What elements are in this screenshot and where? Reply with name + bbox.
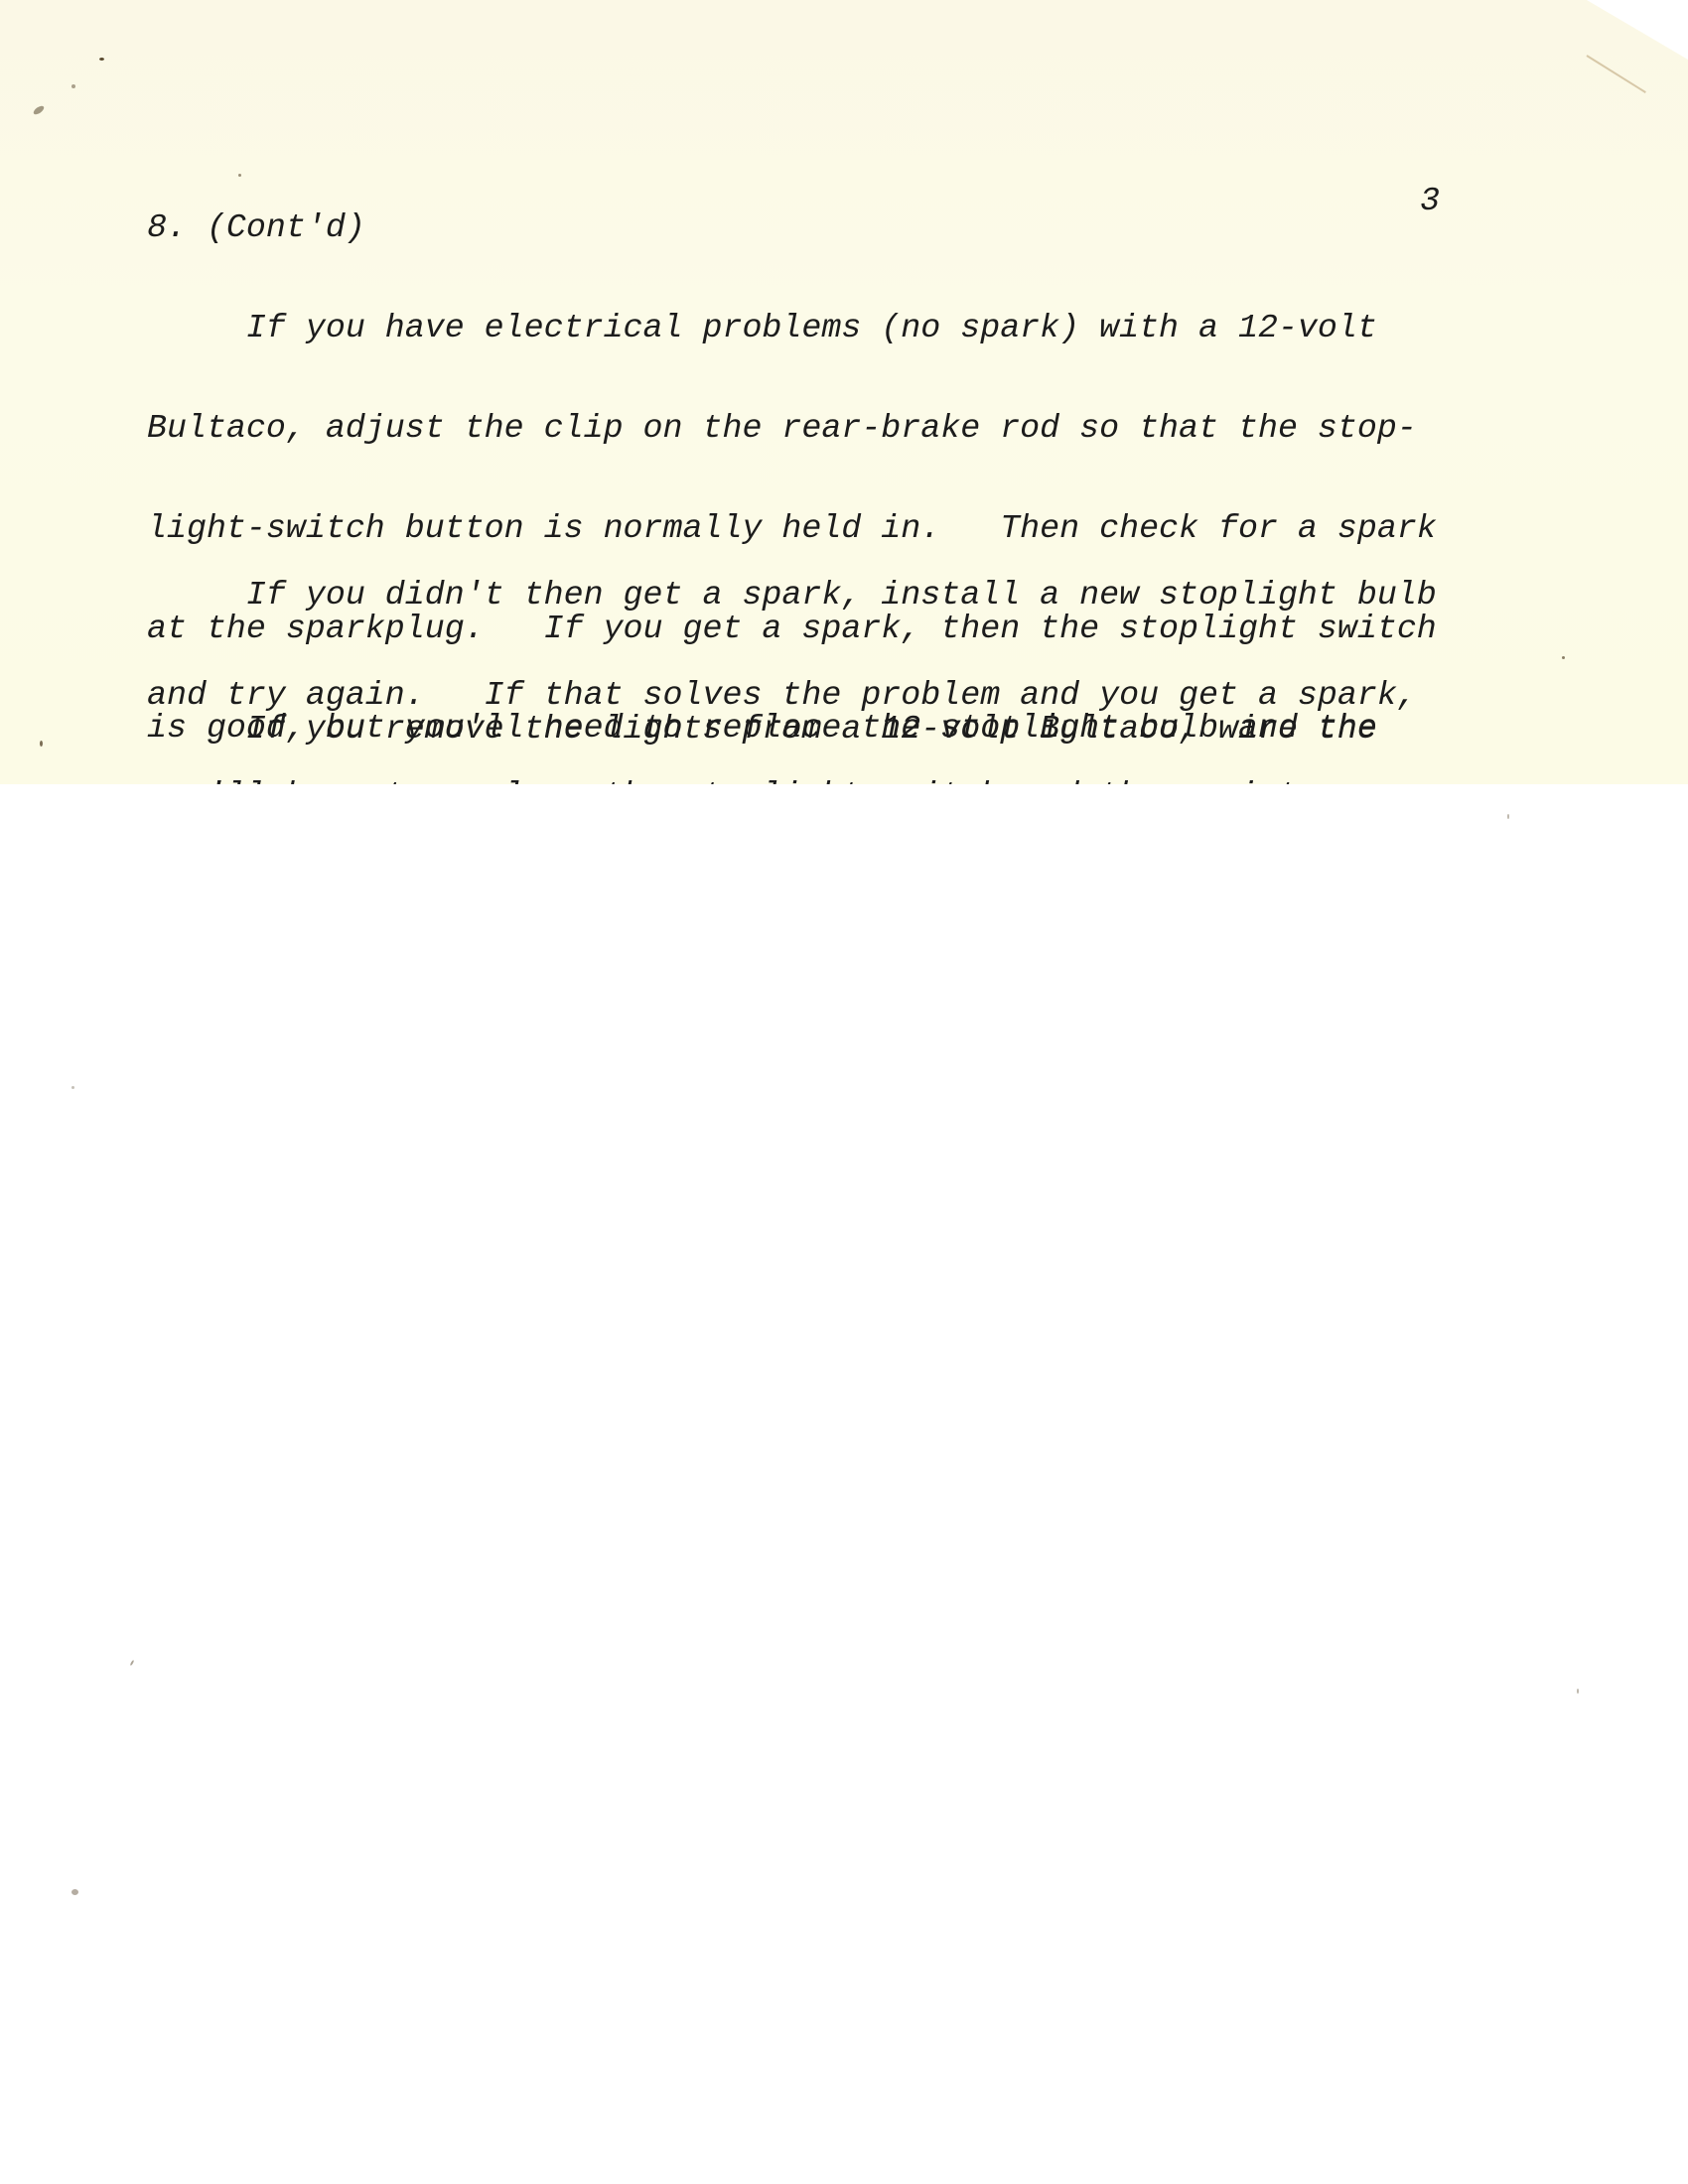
page-number: 3 <box>1420 185 1440 218</box>
text-line: it, whether or not you depress the brake… <box>147 913 1477 947</box>
scan-speck <box>40 741 43 747</box>
scan-speck <box>71 1889 78 1895</box>
scan-speck <box>1577 1689 1579 1694</box>
text-line: If you didn't then get a spark, install … <box>147 579 1437 613</box>
paper-sheet: 3 8. (Cont'd) If you have electrical pro… <box>0 0 1688 784</box>
scan-speck <box>1507 814 1509 819</box>
paragraph-3: If you remove the lights from a 12-volt … <box>147 646 1477 1014</box>
text-line: resistor (otherwise, the engine will sto… <box>147 812 1437 846</box>
text-line: stoplight switch so that the ignition cu… <box>147 813 1477 847</box>
scan-speck <box>238 174 241 177</box>
text-line: If you remove the lights from a 12-volt … <box>147 713 1477 747</box>
text-line: If you have electrical problems (no spar… <box>147 312 1437 345</box>
scan-speck <box>71 84 75 88</box>
scanned-page: 3 8. (Cont'd) If you have electrical pro… <box>0 0 1688 2184</box>
section-heading: 8. (Cont'd) <box>147 211 365 245</box>
paper-crease <box>1586 55 1645 93</box>
scan-speck <box>130 1660 135 1666</box>
text-line: put on the rear brake). <box>147 912 1437 946</box>
scan-speck <box>32 104 45 116</box>
scan-speck <box>71 1086 74 1089</box>
scan-speck <box>1562 656 1565 659</box>
scan-speck <box>99 58 104 61</box>
text-line: Bultaco, adjust the clip on the rear-bra… <box>147 412 1437 446</box>
